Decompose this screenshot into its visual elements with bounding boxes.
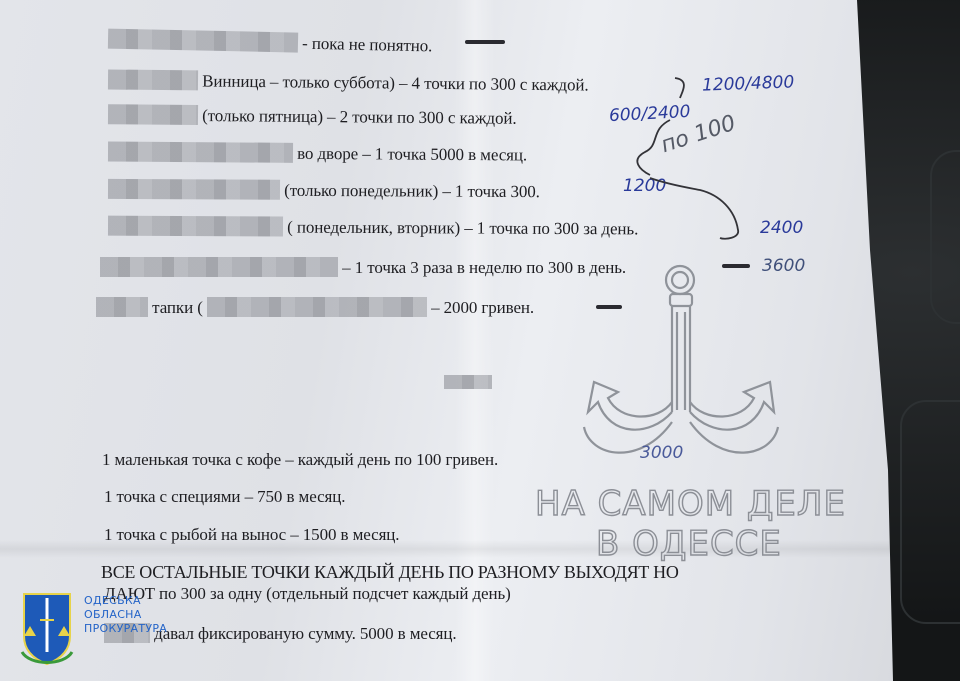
pen-bracket-stroke — [610, 70, 770, 250]
doc-line-fish: 1 точка с рыбой на вынос – 1500 в месяц. — [104, 525, 399, 545]
doc-line-6: ( понедельник, вторник) – 1 точка по 300… — [108, 216, 638, 240]
handwritten-3000: 3000 — [640, 443, 683, 463]
logo-text-2: ОБЛАСНА — [84, 608, 142, 621]
redacted-block — [96, 297, 148, 317]
pen-dash — [596, 305, 622, 309]
logo-text-3: ПРОКУРАТУРА — [84, 622, 167, 635]
pen-dash — [722, 264, 750, 268]
redacted-block — [108, 104, 198, 125]
redacted-block — [100, 257, 338, 277]
redacted-block — [207, 297, 427, 317]
doc-heading-redacted — [444, 370, 492, 390]
doc-line-coffee: 1 маленькая точка с кофе – каждый день п… — [102, 450, 498, 470]
doc-line-4: во дворе – 1 точка 5000 в месяц. — [108, 142, 527, 166]
logo-text-1: ОДЕСЬКА — [84, 594, 141, 607]
doc-line-1: - пока не понятно. — [108, 29, 433, 57]
doc-line-2: Винница – только суббота) – 4 точки по 3… — [108, 69, 589, 95]
redacted-block — [444, 375, 492, 389]
doc-line-note: ДАЮТ по 300 за одну (отдельный подсчет к… — [104, 584, 511, 604]
doc-line-8: тапки ( – 2000 гривен. — [96, 297, 534, 318]
pen-dash — [465, 40, 505, 44]
doc-line-5: (только понедельник) – 1 точка 300. — [108, 179, 540, 202]
redacted-block — [108, 179, 280, 200]
desk-groove — [930, 150, 960, 324]
doc-line-caps: ВСЕ ОСТАЛЬНЫЕ ТОЧКИ КАЖДЫЙ ДЕНЬ ПО РАЗНО… — [101, 562, 679, 583]
paper-sheet: НА САМОМ ДЕЛЕ В ОДЕССЕ - пока не понятно… — [0, 0, 960, 681]
handwritten-3600: 3600 — [762, 256, 805, 276]
watermark-line-2: В ОДЕССЕ — [596, 524, 782, 564]
doc-line-spices: 1 точка с специями – 750 в месяц. — [104, 487, 345, 507]
redacted-block — [108, 142, 293, 163]
redacted-block — [108, 69, 198, 90]
redacted-block — [108, 29, 298, 53]
prosecutor-shield-icon — [20, 592, 74, 668]
watermark-line-1: НА САМОМ ДЕЛЕ — [535, 484, 846, 524]
desk-groove — [900, 400, 960, 624]
anchor-icon — [580, 262, 810, 477]
doc-line-7: – 1 точка 3 раза в неделю по 300 в день. — [100, 257, 626, 278]
doc-line-3: (только пятница) – 2 точки по 300 с кажд… — [108, 104, 517, 129]
redacted-block — [108, 216, 283, 237]
